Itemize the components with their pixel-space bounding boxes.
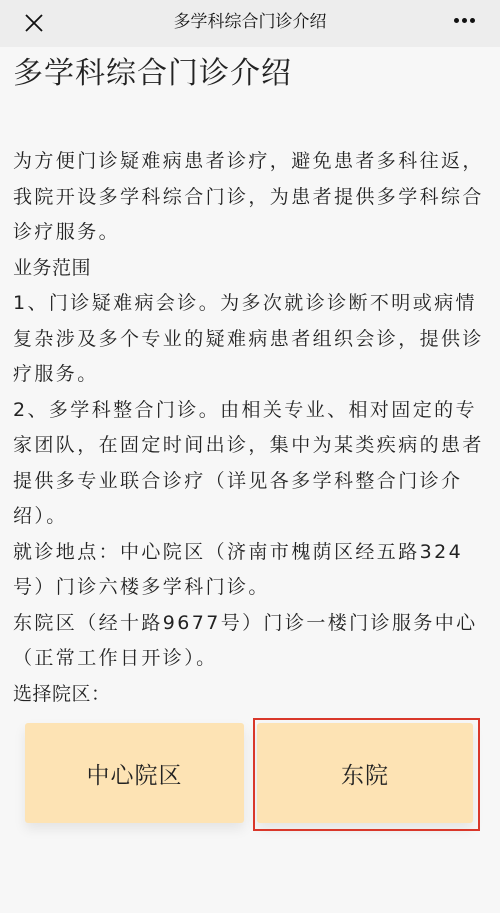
scope-heading: 业务范围 <box>13 251 489 287</box>
campus-button-center[interactable]: 中心院区 <box>25 723 244 823</box>
article-body: 为方便门诊疑难病患者诊疗，避免患者多科往返，我院开设多学科综合门诊，为患者提供多… <box>13 144 489 712</box>
campus-button-label: 东院 <box>341 757 389 790</box>
more-dots-icon <box>470 18 475 23</box>
nav-title: 多学科综合门诊介绍 <box>0 0 500 44</box>
scope-item-1: 1、门诊疑难病会诊。为多次就诊诊断不明或病情复杂涉及多个专业的疑难病患者组织会诊… <box>13 286 489 393</box>
select-campus-label: 选择院区： <box>13 677 489 713</box>
location-east: 东院区（经十路9677号）门诊一楼门诊服务中心（正常工作日开诊）。 <box>13 606 489 677</box>
location-center: 就诊地点：中心院区（济南市槐荫区经五路324号）门诊六楼多学科门诊。 <box>13 535 489 606</box>
campus-button-east[interactable]: 东院 <box>257 723 473 823</box>
more-dots-icon <box>462 18 467 23</box>
intro-paragraph: 为方便门诊疑难病患者诊疗，避免患者多科往返，我院开设多学科综合门诊，为患者提供多… <box>13 144 489 251</box>
more-dots-icon <box>454 18 459 23</box>
page-title: 多学科综合门诊介绍 <box>13 54 292 94</box>
more-button[interactable] <box>454 18 480 26</box>
scope-item-2: 2、多学科整合门诊。由相关专业、相对固定的专家团队，在固定时间出诊，集中为某类疾… <box>13 393 489 535</box>
top-nav-bar: 多学科综合门诊介绍 <box>0 0 500 47</box>
campus-button-label: 中心院区 <box>87 757 183 790</box>
